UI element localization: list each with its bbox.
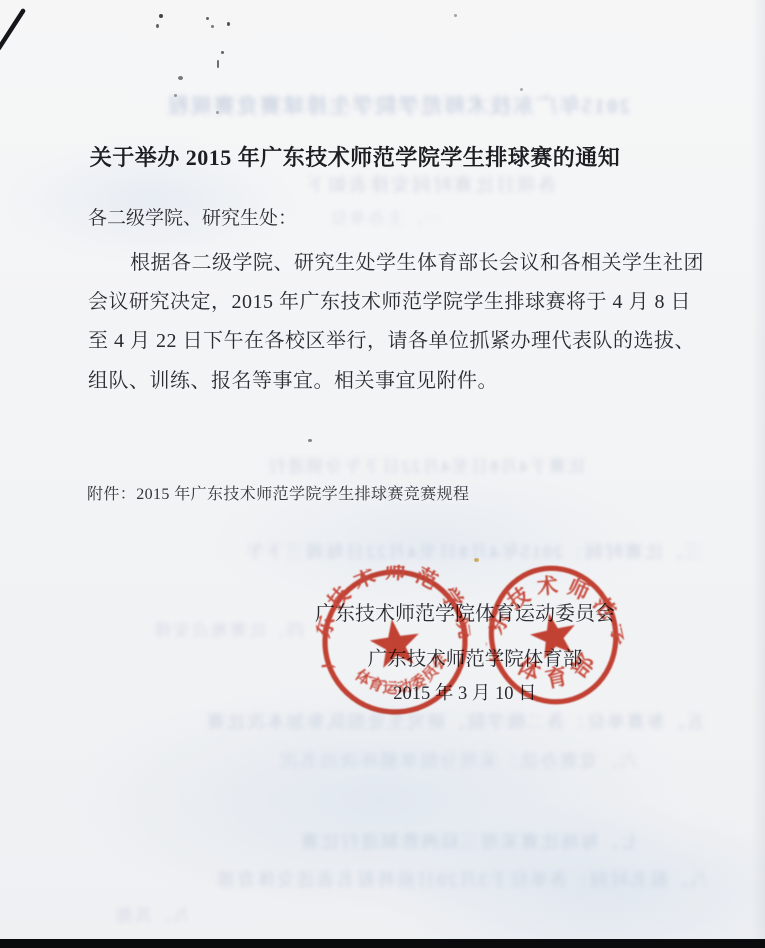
scan-bottom-edge bbox=[0, 939, 765, 948]
scan-speckle bbox=[221, 51, 224, 54]
scan-speckle bbox=[474, 558, 479, 562]
scan-speckle bbox=[178, 76, 183, 80]
scanned-document-page: 2015年广东技术师范学院学生排球赛竞赛规程 各项目比赛时间安排表如下 一、主办… bbox=[0, 0, 765, 948]
bleed-through-line: 2015年广东技术师范学院学生排球赛竞赛规程 bbox=[148, 90, 630, 120]
scan-speckle bbox=[216, 111, 219, 114]
scan-speckle bbox=[227, 22, 230, 26]
scan-speckle bbox=[211, 25, 214, 28]
scan-speckle bbox=[454, 14, 457, 17]
scan-speckle bbox=[308, 439, 312, 442]
scan-speckle bbox=[159, 14, 163, 18]
bleed-through-line: 六、竞赛办法：采用分组单循环决出名次 bbox=[118, 747, 638, 773]
body-paragraph-line: 根据各二级学院、研究生处学生体育部长会议和各相关学生社团 bbox=[130, 246, 654, 275]
scan-speckle bbox=[520, 88, 523, 91]
scan-speckle bbox=[174, 94, 177, 97]
scan-speckle bbox=[217, 60, 219, 68]
body-paragraph-line: 组队、训练、报名等事宜。相关事宜见附件。 bbox=[88, 364, 654, 393]
bleed-through-line: 比赛于4月8日至4月22日下午分别进行 bbox=[200, 452, 585, 477]
bleed-through-line: 三、比赛时间：2015年4月8日至4月22日每周三下午 bbox=[228, 538, 703, 564]
bleed-through-line: 九、其他 bbox=[85, 901, 190, 926]
bleed-through-line: 一、主办单位 bbox=[282, 204, 442, 229]
bleed-through-line: 四、比赛地点安排 bbox=[84, 616, 304, 641]
scan-speckle bbox=[156, 24, 159, 28]
attachment-note: 附件：2015 年广东技术师范学院学生排球赛竞赛规程 bbox=[87, 481, 469, 504]
bleed-through-line: 八、报名时间：各单位于3月20日前将报名表送交体育部 bbox=[78, 866, 708, 892]
official-seal-sports-committee: 广东技术师范学院 体育运动委员会 bbox=[309, 556, 481, 728]
salutation: 各二级学院、研究生处： bbox=[88, 203, 297, 230]
bleed-through-line: 各项目比赛时间安排表如下 bbox=[225, 170, 557, 197]
body-paragraph-line: 至 4 月 22 日下午在各校区举行，请各单位抓紧办理代表队的选拔、 bbox=[88, 324, 654, 353]
scan-speckle bbox=[206, 17, 209, 20]
document-title: 关于举办 2015 年广东技术师范学院学生排球赛的通知 bbox=[55, 141, 655, 172]
bleed-through-line: 七、每场比赛采用三局两胜制进行比赛 bbox=[104, 828, 639, 854]
scan-diagonal-mark bbox=[0, 4, 38, 56]
star-icon bbox=[527, 609, 581, 661]
star-icon bbox=[367, 616, 422, 669]
body-paragraph-line: 会议研究决定，2015 年广东技术师范学院学生排球赛将于 4 月 8 日 bbox=[88, 285, 654, 314]
official-seal-sports-department: 广东技术师范学院 体育部 bbox=[472, 550, 636, 723]
